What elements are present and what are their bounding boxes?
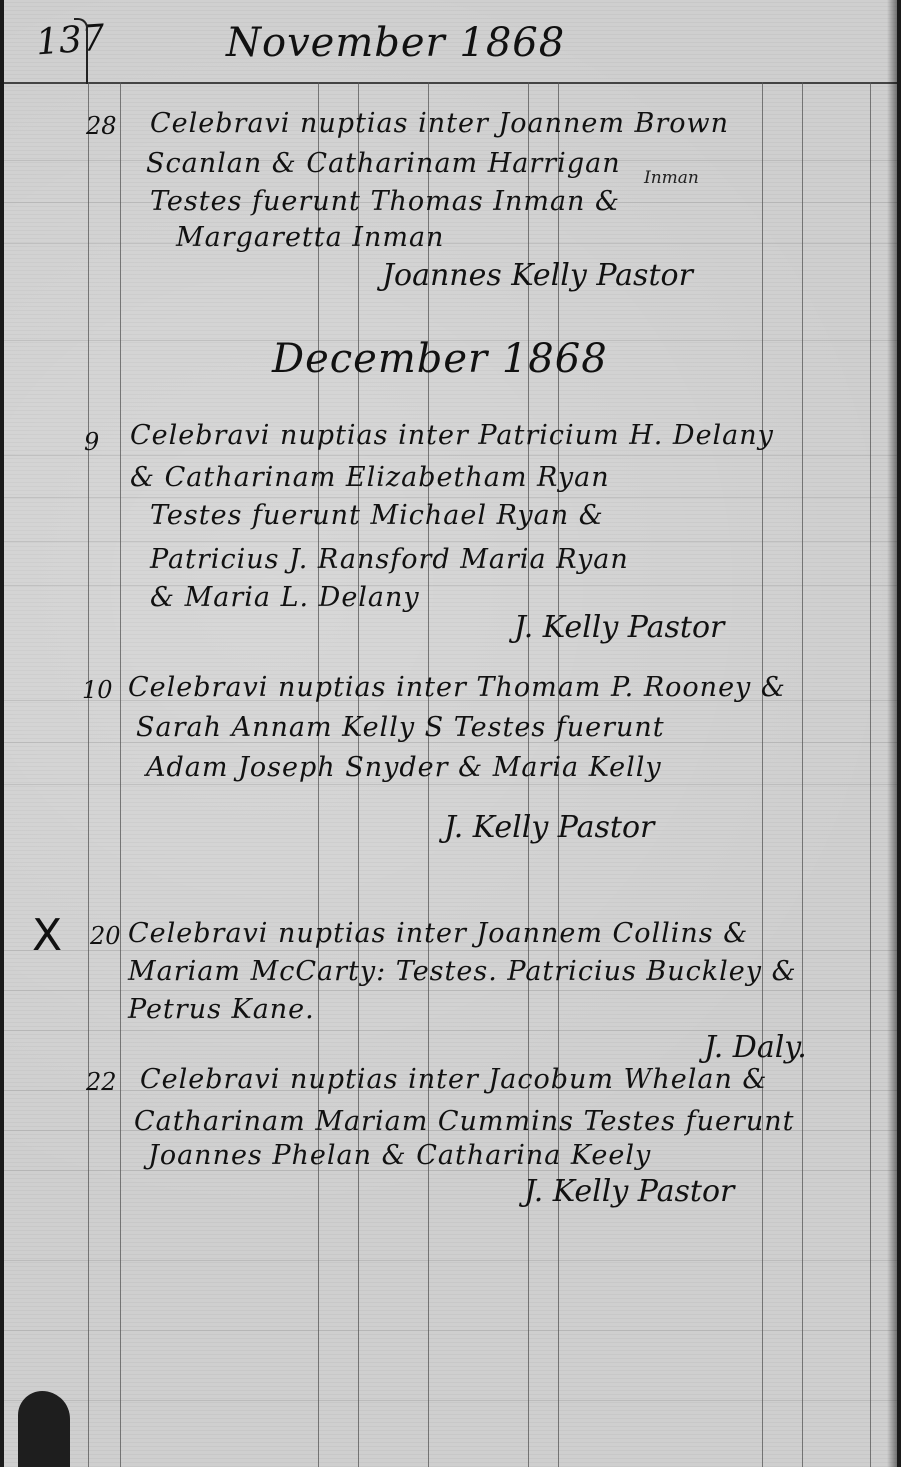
ruled-line — [4, 990, 897, 991]
entry-line: Patricius J. Ransford Maria Ryan — [150, 544, 629, 575]
page-edge-shadow — [887, 0, 897, 1467]
entry-day: 9 — [84, 428, 99, 456]
column-line — [870, 82, 871, 1467]
column-line — [88, 82, 89, 1467]
column-line — [802, 82, 803, 1467]
pastor-signature: Joannes Kelly Pastor — [382, 258, 693, 293]
entry-line: Celebravi nuptias inter Joannem Brown — [150, 108, 729, 139]
entry-line: Mariam McCarty: Testes. Patricius Buckle… — [128, 956, 797, 987]
entry-line: Sarah Annam Kelly S Testes fuerunt — [136, 712, 665, 743]
ruled-line — [4, 1260, 897, 1261]
pastor-signature: J. Kelly Pastor — [514, 610, 724, 645]
ruled-line — [4, 243, 897, 244]
interlinear-correction: Inman — [644, 168, 699, 188]
entry-line: Celebravi nuptias inter Patricium H. Del… — [130, 420, 774, 451]
priest-signature: J. Daly. — [704, 1030, 807, 1065]
ruled-line — [4, 497, 897, 498]
folio-number: 137 — [35, 18, 106, 64]
entry-day: 22 — [86, 1068, 117, 1096]
entry-line: Petrus Kane. — [128, 994, 315, 1025]
entry-line: Celebravi nuptias inter Joannem Collins … — [128, 918, 748, 949]
entry-line: Joannes Phelan & Catharina Keely — [148, 1140, 651, 1171]
entry-day: 28 — [86, 112, 117, 140]
folio-bracket — [74, 18, 88, 84]
month-heading-november: November 1868 — [226, 20, 565, 66]
ruled-line — [4, 541, 897, 542]
entry-line: Adam Joseph Snyder & Maria Kelly — [146, 752, 662, 783]
entry-line: & Maria L. Delany — [150, 582, 420, 613]
entry-line: Celebravi nuptias inter Thomam P. Rooney… — [128, 672, 786, 703]
register-page: 137 November 1868 28 Celebravi nuptias i… — [4, 0, 897, 1467]
entry-line: Scanlan & Catharinam Harrigan — [146, 148, 621, 179]
entry-line: Margaretta Inman — [176, 222, 444, 253]
ruled-line — [4, 455, 897, 456]
margin-x-mark: X — [32, 910, 62, 961]
pastor-signature: J. Kelly Pastor — [524, 1174, 734, 1209]
ruled-line — [4, 1330, 897, 1331]
entry-line: Catharinam Mariam Cummins Testes fuerunt — [134, 1106, 795, 1137]
month-heading-december: December 1868 — [272, 336, 608, 382]
ruled-line — [4, 950, 897, 951]
ruled-line — [4, 1400, 897, 1401]
header-rule — [4, 82, 897, 84]
pastor-signature: J. Kelly Pastor — [444, 810, 654, 845]
entry-day: 20 — [90, 922, 121, 950]
thumb-shadow — [18, 1391, 70, 1467]
column-line — [120, 82, 121, 1467]
column-line — [762, 82, 763, 1467]
entry-line: Testes fuerunt Thomas Inman & — [150, 186, 620, 217]
entry-line: Testes fuerunt Michael Ryan & — [150, 500, 604, 531]
ruled-line — [4, 585, 897, 586]
ruled-line — [4, 784, 897, 785]
entry-line: & Catharinam Elizabetham Ryan — [130, 462, 610, 493]
entry-day: 10 — [82, 676, 113, 704]
entry-line: Celebravi nuptias inter Jacobum Whelan & — [140, 1064, 767, 1095]
